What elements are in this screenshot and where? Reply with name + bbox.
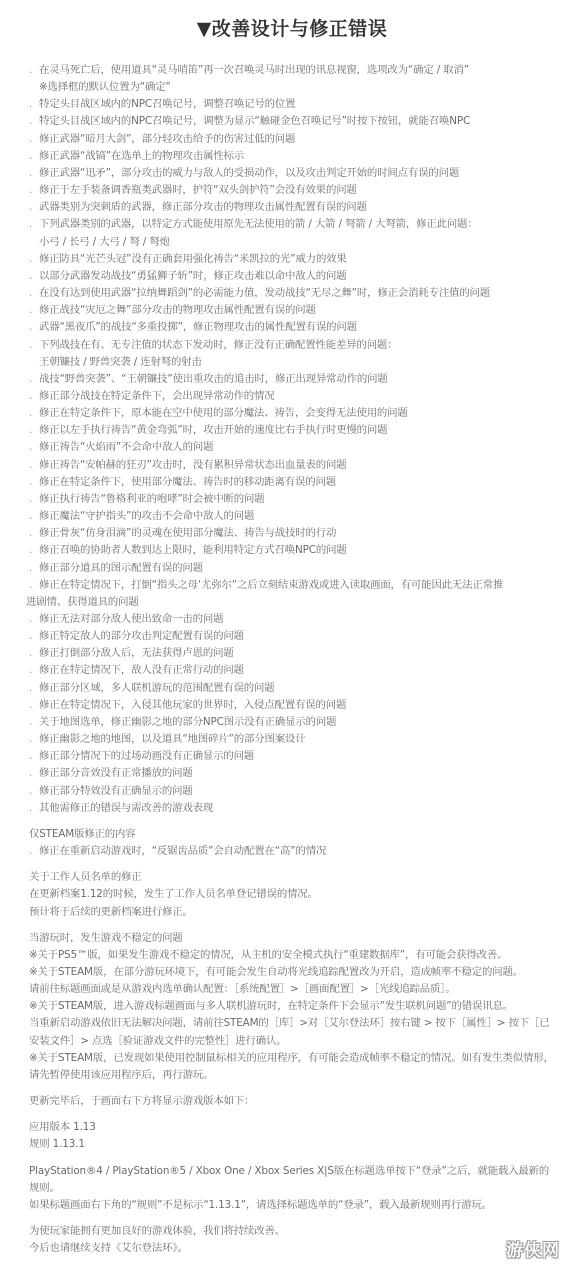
- version-section: 更新完毕后，于画面右下方将显示游戏版本如下： 应用版本 1.13 规则 1.13…: [29, 1093, 574, 1153]
- list-item-text: 修正部分战技在特定条件下，会出现异常动作的情况: [39, 390, 275, 402]
- list-item: .在灵马死亡后，使用道具“灵马哨笛”再一次召唤灵马时出现的讯息视窗，选项改为“确…: [29, 62, 574, 79]
- list-item: .修正在特定情况下，打倒“指头之母‘尤弥尔”之后立刻结束游戏或进入读取画面，有可…: [29, 577, 574, 594]
- bullet-dot: .: [29, 731, 39, 748]
- bullet-dot: .: [29, 714, 39, 731]
- list-item: .修正祷告“火焰雨”不会命中敌人的问题: [29, 439, 574, 456]
- list-item: .修正魔法“守护指头”的攻击不会命中敌人的问题: [29, 508, 574, 525]
- list-item-text: 修正以左手执行祷告“黄金弯弧”时，攻击开始的速度比右手执行时更慢的问题: [39, 424, 387, 436]
- list-item: .修正部分道具的图示配置有误的问题: [29, 560, 574, 577]
- bullet-dot: .: [29, 319, 39, 336]
- list-item-text: 修正召唤的协助者人数到达上限时，能利用特定方式召唤NPC的问题: [39, 544, 347, 556]
- bullet-dot: .: [29, 302, 39, 319]
- list-item: .修正在特定情况下，敌人没有正常行动的问题: [29, 662, 574, 679]
- bullet-dot: .: [29, 182, 39, 199]
- list-item: .修正战技“灾厄之舞”部分攻击的物理攻击属性配置有误的问题: [29, 302, 574, 319]
- list-item: .下列武器类别的武器，以特定方式能使用原先无法使用的箭 / 大箭 / 弩箭 / …: [29, 216, 574, 233]
- list-item: .特定头目战区域内的NPC召唤记号，调整为显示“触碰金色召唤记号”时按下按钮，就…: [29, 113, 574, 130]
- list-item-text: 修正在特定情况下，敌人没有正常行动的问题: [39, 664, 244, 676]
- paragraph-line: 今后也请继续支持《艾尔登法环》。: [29, 1240, 574, 1257]
- paragraph-line: 为使玩家能拥有更加良好的游戏体验，我们将持续改善。: [29, 1223, 574, 1240]
- spacer: [29, 1214, 574, 1223]
- list-item: .修正打倒部分敌人后，无法获得卢恩的问题: [29, 645, 574, 662]
- list-item: .修正骨灰“仿身泪滴”的灵魂在使用部分魔法、祷告与战技时的行动: [29, 525, 574, 542]
- bullet-dot: .: [29, 439, 39, 456]
- list-item: .修正祷告“安帕赫的狂刃”攻击时，没有累积异常状态出血量表的问题: [29, 457, 574, 474]
- list-item: .修正无法对部分敌人使出致命一击的问题: [29, 611, 574, 628]
- credits-section: 关于工作人员名单的修正 在更新档案1.12的时候，发生了工作人员名单登记错误的情…: [29, 869, 574, 920]
- list-item-text: 修正祷告“火焰雨”不会命中敌人的问题: [39, 441, 213, 453]
- bullet-dot: .: [29, 422, 39, 439]
- paragraph-line: 在更新档案1.12的时候，发生了工作人员名单登记错误的情况。: [29, 886, 574, 903]
- list-item-text: 修正在特定条件下，原本能在空中使用的部分魔法、祷告，会变得无法使用的问题: [39, 407, 408, 419]
- list-item-text: 修正执行祷告“鲁格利亚的咆哮”时会被中断的问题: [39, 493, 265, 505]
- bullet-dot: .: [29, 96, 39, 113]
- list-item: .修正部分情况下的过场动画没有正确显示的问题: [29, 748, 574, 765]
- bullet-dot: .: [29, 783, 39, 800]
- spacer: [29, 1110, 574, 1119]
- platform-section: PlayStation®4 / PlayStation®5 / Xbox One…: [29, 1163, 574, 1214]
- bullet-dot: .: [29, 560, 39, 577]
- bullet-dot: .: [29, 251, 39, 268]
- list-item-text: 下列战技在有、无专注值的状态下发动时，修正没有正确配置性能差异的问题：: [39, 339, 397, 351]
- list-item-text: 修正部分音效没有正常播放的问题: [39, 767, 193, 779]
- list-item-text: 修正武器“迅矛”，部分攻击的威力与敌人的受损动作，以及攻击判定开始的时间点有误的…: [39, 167, 459, 179]
- bullet-dot: .: [29, 199, 39, 216]
- list-item-text: 修正部分区域，多人联机游玩的范围配置有误的问题: [39, 682, 275, 694]
- bullet-dot: .: [29, 62, 39, 79]
- list-item: .特定头目战区域内的NPC召唤记号，调整召唤记号的位置: [29, 96, 574, 113]
- bullet-dot: .: [29, 165, 39, 182]
- list-item-text: 修正战技“灾厄之舞”部分攻击的物理攻击属性配置有误的问题: [39, 304, 316, 316]
- bullet-dot: .: [29, 843, 39, 860]
- section-title: ▼改善设计与修正错误: [0, 16, 584, 42]
- stability-section: 当游玩时，发生游戏不稳定的问题 ※关于PS5™版，如果发生游戏不稳定的情况，从主…: [29, 930, 574, 1084]
- list-item-text: 修正幽影之地的地图，以及道具“地图碎片”的部分图案设计: [39, 733, 305, 745]
- paragraph-line: 如果标题画面右下角的“规则”不是标示“1.13.1”，请选择标题选单的“登录”，…: [29, 1197, 574, 1214]
- section-heading: 当游玩时，发生游戏不稳定的问题: [29, 930, 574, 947]
- list-item: .修正以左手执行祷告“黄金弯弧”时，攻击开始的速度比右手执行时更慢的问题: [29, 422, 574, 439]
- bullet-dot: .: [29, 491, 39, 508]
- list-item-note: 王朝镰技 / 野兽突袭 / 连射弩的射击: [29, 354, 574, 371]
- list-item-text: 特定头目战区域内的NPC召唤记号，调整为显示“触碰金色召唤记号”时按下按钮，就能…: [39, 115, 470, 127]
- list-item-text: 修正在特定条件下，使用部分魔法、祷告时的移动距离有误的问题: [39, 476, 336, 488]
- bullet-dot: .: [29, 371, 39, 388]
- fix-list: .在灵马死亡后，使用道具“灵马哨笛”再一次召唤灵马时出现的讯息视窗，选项改为“确…: [29, 62, 574, 817]
- list-item-text: 修正武器“战镐”在选单上的物理攻击属性标示: [39, 150, 244, 162]
- list-item: .修正在特定情况下，入侵其他玩家的世界时，入侵点配置有误的问题: [29, 697, 574, 714]
- list-item-text: 战技“野兽突袭”、“王朝镰技”使出重攻击的追击时，修正出现异常动作的问题: [39, 373, 388, 385]
- bullet-dot: .: [29, 405, 39, 422]
- list-item-text: 修正骨灰“仿身泪滴”的灵魂在使用部分魔法、祷告与战技时的行动: [39, 527, 336, 539]
- app-version: 应用版本 1.13: [29, 1119, 574, 1136]
- list-item-text: 在没有达到使用武器“拉纳舞蹈剑”的必需能力值，发动战技“无尽之舞”时，修正会消耗…: [39, 287, 490, 299]
- list-item: .修正武器“迅矛”，部分攻击的威力与敌人的受损动作，以及攻击判定开始的时间点有误…: [29, 165, 574, 182]
- list-item: .修正召唤的协助者人数到达上限时，能利用特定方式召唤NPC的问题: [29, 542, 574, 559]
- list-item: .修正防具“光芒头冠”没有正确套用强化祷告“米凯拉的光”威力的效果: [29, 251, 574, 268]
- paragraph-line: ※关于PS5™版，如果发生游戏不稳定的情况，从主机的安全模式执行“重建数据库”，…: [29, 947, 574, 964]
- bullet-dot: .: [29, 697, 39, 714]
- list-item: .修正部分战技在特定条件下，会出现异常动作的情况: [29, 388, 574, 405]
- list-item-text: 在灵马死亡后，使用道具“灵马哨笛”再一次召唤灵马时出现的讯息视窗，选项改为“确定…: [39, 64, 469, 76]
- list-item: .武器“黑夜爪”的战技“多重投掷”，修正物理攻击的属性配置有误的问题: [29, 319, 574, 336]
- bullet-dot: .: [29, 113, 39, 130]
- bullet-dot: .: [29, 628, 39, 645]
- bullet-dot: .: [29, 577, 39, 594]
- patch-notes-page: ▼改善设计与修正错误 .在灵马死亡后，使用道具“灵马哨笛”再一次召唤灵马时出现的…: [0, 0, 584, 1280]
- list-item-text: 修正特定敌人的部分攻击判定配置有误的问题: [39, 630, 244, 642]
- list-item: .修正部分区域，多人联机游玩的范围配置有误的问题: [29, 680, 574, 697]
- list-item-text: 修正在特定情况下，入侵其他玩家的世界时，入侵点配置有误的问题: [39, 699, 346, 711]
- list-item: .战技“野兽突袭”、“王朝镰技”使出重攻击的追击时，修正出现异常动作的问题: [29, 371, 574, 388]
- bullet-dot: .: [29, 337, 39, 354]
- list-item-text: 修正于左手装备调香瓶类武器时，护符“双头剑护符”会没有效果的问题: [39, 184, 357, 196]
- list-item-note: 小弓 / 长弓 / 大弓 / 弩 / 弩炮: [29, 234, 574, 251]
- list-item-text: 修正部分道具的图示配置有误的问题: [39, 562, 203, 574]
- bullet-dot: .: [29, 748, 39, 765]
- list-item-text: 修正部分情况下的过场动画没有正确显示的问题: [39, 750, 254, 762]
- paragraph-line: ※关于STEAM版，在部分游玩环境下，有可能会发生自动将光线追踪配置改为开启，造…: [29, 964, 559, 981]
- list-item: .下列战技在有、无专注值的状态下发动时，修正没有正确配置性能差异的问题：: [29, 337, 574, 354]
- bullet-dot: .: [29, 474, 39, 491]
- list-item: .关于地图选单，修正幽影之地的部分NPC图示没有正确显示的问题: [29, 714, 574, 731]
- list-item: .修正特定敌人的部分攻击判定配置有误的问题: [29, 628, 574, 645]
- list-item: .修正在特定条件下，原本能在空中使用的部分魔法、祷告，会变得无法使用的问题: [29, 405, 574, 422]
- paragraph-line: 当重新启动游戏依旧无法解决问题，请前往STEAM的［库］>对［艾尔登法环］按右键…: [29, 1015, 559, 1049]
- bullet-dot: .: [29, 680, 39, 697]
- list-item: .修正于左手装备调香瓶类武器时，护符“双头剑护符”会没有效果的问题: [29, 182, 574, 199]
- paragraph-line: PlayStation®4 / PlayStation®5 / Xbox One…: [29, 1163, 559, 1197]
- site-watermark-logo: 游侠网: [506, 1236, 560, 1261]
- bullet-dot: .: [29, 525, 39, 542]
- bullet-dot: .: [29, 285, 39, 302]
- list-item-text: 特定头目战区域内的NPC召唤记号，调整召唤记号的位置: [39, 98, 295, 110]
- list-item-text: 下列武器类别的武器，以特定方式能使用原先无法使用的箭 / 大箭 / 弩箭 / 大…: [39, 218, 478, 230]
- bullet-dot: .: [29, 542, 39, 559]
- list-item-text: 关于地图选单，修正幽影之地的部分NPC图示没有正确显示的问题: [39, 716, 336, 728]
- bullet-dot: .: [29, 268, 39, 285]
- list-item-text: 其他需修正的错误与需改善的游戏表现: [39, 802, 213, 814]
- list-item-text: 武器类别为突刺盾的武器，修正部分攻击的物理攻击属性配置有误的问题: [39, 201, 367, 213]
- spacer: [29, 921, 574, 930]
- paragraph-line: 更新完毕后，于画面右下方将显示游戏版本如下：: [29, 1093, 574, 1110]
- bullet-dot: .: [29, 765, 39, 782]
- list-item: .修正部分音效没有正常播放的问题: [29, 765, 574, 782]
- spacer: [29, 817, 574, 826]
- list-item: .以部分武器发动战技“勇猛狮子斩”时，修正攻击难以命中敌人的问题: [29, 268, 574, 285]
- closing-section: 为使玩家能拥有更加良好的游戏体验，我们将持续改善。 今后也请继续支持《艾尔登法环…: [29, 1223, 574, 1257]
- spacer: [29, 1154, 574, 1163]
- list-item: .在没有达到使用武器“拉纳舞蹈剑”的必需能力值，发动战技“无尽之舞”时，修正会消…: [29, 285, 574, 302]
- bullet-dot: .: [29, 611, 39, 628]
- list-item-text: 修正部分特效没有正确显示的问题: [39, 785, 193, 797]
- list-item: .修正执行祷告“鲁格利亚的咆哮”时会被中断的问题: [29, 491, 574, 508]
- list-item-text: 修正无法对部分敌人使出致命一击的问题: [39, 613, 223, 625]
- bullet-dot: .: [29, 131, 39, 148]
- list-item-continuation: 进剧情、获得道具的问题: [26, 594, 574, 611]
- list-item-text: 修正打倒部分敌人后，无法获得卢恩的问题: [39, 647, 234, 659]
- bullet-dot: .: [29, 645, 39, 662]
- list-item-text: 修正在特定情况下，打倒“指头之母‘尤弥尔”之后立刻结束游戏或进入读取画面，有可能…: [39, 579, 503, 591]
- list-item: .修正武器“战镐”在选单上的物理攻击属性标示: [29, 148, 574, 165]
- list-item-text: 修正祷告“安帕赫的狂刃”攻击时，没有累积异常状态出血量表的问题: [39, 459, 346, 471]
- list-item: .修正在重新启动游戏时，“反锯齿品质”会自动配置在“高”的情况: [29, 843, 574, 860]
- bullet-dot: .: [29, 508, 39, 525]
- list-item: .修正在特定条件下，使用部分魔法、祷告时的移动距离有误的问题: [29, 474, 574, 491]
- list-item-text: 修正防具“光芒头冠”没有正确套用强化祷告“米凯拉的光”威力的效果: [39, 253, 347, 265]
- section-heading: 关于工作人员名单的修正: [29, 869, 574, 886]
- list-item-text: 武器“黑夜爪”的战技“多重投掷”，修正物理攻击的属性配置有误的问题: [39, 321, 357, 333]
- list-item: .修正部分特效没有正确显示的问题: [29, 783, 574, 800]
- spacer: [29, 1084, 574, 1093]
- list-item: .其他需修正的错误与需改善的游戏表现: [29, 800, 574, 817]
- list-item: .修正幽影之地的地图，以及道具“地图碎片”的部分图案设计: [29, 731, 574, 748]
- list-item-text: 修正魔法“守护指头”的攻击不会命中敌人的问题: [39, 510, 254, 522]
- list-item-text: 以部分武器发动战技“勇猛狮子斩”时，修正攻击难以命中敌人的问题: [39, 270, 346, 282]
- bullet-dot: .: [29, 216, 39, 233]
- list-item-text: 修正在重新启动游戏时，“反锯齿品质”会自动配置在“高”的情况: [39, 845, 326, 857]
- regulation-version: 规则 1.13.1: [29, 1136, 574, 1153]
- steam-only-section: 仅STEAM版修正的内容 .修正在重新启动游戏时，“反锯齿品质”会自动配置在“高…: [29, 826, 574, 860]
- list-item-note: ※选择框的默认位置为“确定”: [29, 79, 574, 96]
- paragraph-line: 请前往标题画面或是从游戏内选单确认配置：［系统配置］>［画面配置］>［光线追踪品…: [29, 981, 574, 998]
- paragraph-line: 预计将于后续的更新档案进行修正。: [29, 904, 574, 921]
- section-heading: 仅STEAM版修正的内容: [29, 826, 574, 843]
- bullet-dot: .: [29, 148, 39, 165]
- list-item-text: 修正武器“暗月大剑”，部分轻攻击给予的伤害过低的问题: [39, 133, 295, 145]
- list-item: .修正武器“暗月大剑”，部分轻攻击给予的伤害过低的问题: [29, 131, 574, 148]
- paragraph-line: ※关于STEAM版，已发现如果使用控制鼠标相关的应用程序，有可能会造成帧率不稳定…: [29, 1050, 559, 1084]
- bullet-dot: .: [29, 388, 39, 405]
- bullet-dot: .: [29, 457, 39, 474]
- content-body: .在灵马死亡后，使用道具“灵马哨笛”再一次召唤灵马时出现的讯息视窗，选项改为“确…: [29, 62, 574, 1257]
- paragraph-line: ※关于STEAM版，进入游戏标题画面与多人联机游玩时，在特定条件下会显示“发生联…: [29, 998, 559, 1015]
- bullet-dot: .: [29, 800, 39, 817]
- spacer: [29, 860, 574, 869]
- list-item: .武器类别为突刺盾的武器，修正部分攻击的物理攻击属性配置有误的问题: [29, 199, 574, 216]
- bullet-dot: .: [29, 662, 39, 679]
